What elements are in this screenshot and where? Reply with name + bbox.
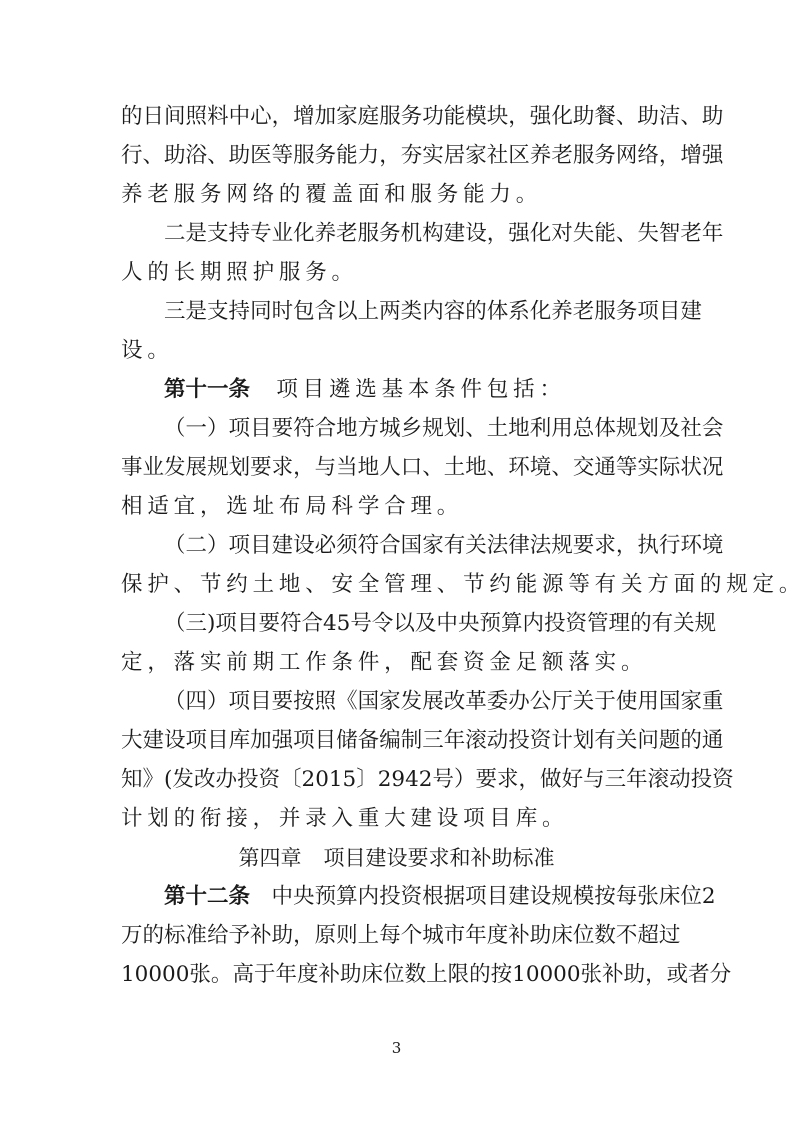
text-line: 行、助浴、助医等服务能力，夯实居家社区养老服务网络，增强 <box>121 141 673 171</box>
text-line: 的日间照料中心，增加家庭服务功能模块，强化助餐、助洁、助 <box>121 102 673 132</box>
text-line: （一）项目要符合地方城乡规划、土地利用总体规划及社会 <box>164 414 673 444</box>
chapter-heading: 第四章项目建设要求和补助标准 <box>0 843 793 873</box>
article-number: 第十二条 <box>164 882 250 912</box>
text-line: 二是支持专业化养老服务机构建设，强化对失能、失智老年 <box>164 219 673 249</box>
text-line: 知》(发改办投资〔2015〕2942号）要求，做好与三年滚动投资 <box>121 765 673 795</box>
text-line: 养老服务网络的覆盖面和服务能力。 <box>121 180 673 210</box>
chapter-number: 第四章 <box>239 846 302 870</box>
text-line: 第十一条 项目遴选基本条件包括： <box>164 375 673 405</box>
text-line: 事业发展规划要求，与当地人口、土地、环境、交通等实际状况 <box>121 453 673 483</box>
text-line: 10000张。高于年度补助床位数上限的按10000张补助，或者分 <box>121 960 673 990</box>
article-number: 第十一条 <box>164 375 250 405</box>
text-line: 人的长期照护服务。 <box>121 258 673 288</box>
text-line: 第十二条 中央预算内投资根据项目建设规模按每张床位2 <box>164 882 673 912</box>
chapter-title: 项目建设要求和补助标准 <box>324 846 555 870</box>
document-page: 的日间照料中心，增加家庭服务功能模块，强化助餐、助洁、助行、助浴、助医等服务能力… <box>0 0 793 1122</box>
text-line: （二）项目建设必须符合国家有关法律法规要求，执行环境 <box>164 531 673 561</box>
text-line: 设。 <box>121 336 673 366</box>
page-number: 3 <box>0 1038 793 1058</box>
text-line: 大建设项目库加强项目储备编制三年滚动投资计划有关问题的通 <box>121 726 673 756</box>
text-line: 计划的衔接，并录入重大建设项目库。 <box>121 804 673 834</box>
text-line: 定，落实前期工作条件，配套资金足额落实。 <box>121 648 673 678</box>
text-line: （四）项目要按照《国家发展改革委办公厅关于使用国家重 <box>164 687 673 717</box>
text-line: 相适宜，选址布局科学合理。 <box>121 492 673 522</box>
text-line: 三是支持同时包含以上两类内容的体系化养老服务项目建 <box>164 297 673 327</box>
text-line: （三)项目要符合45号令以及中央预算内投资管理的有关规 <box>164 609 673 639</box>
text-line: 万的标准给予补助，原则上每个城市年度补助床位数不超过 <box>121 921 673 951</box>
text-line: 保护、节约土地、安全管理、节约能源等有关方面的规定。 <box>121 570 673 600</box>
